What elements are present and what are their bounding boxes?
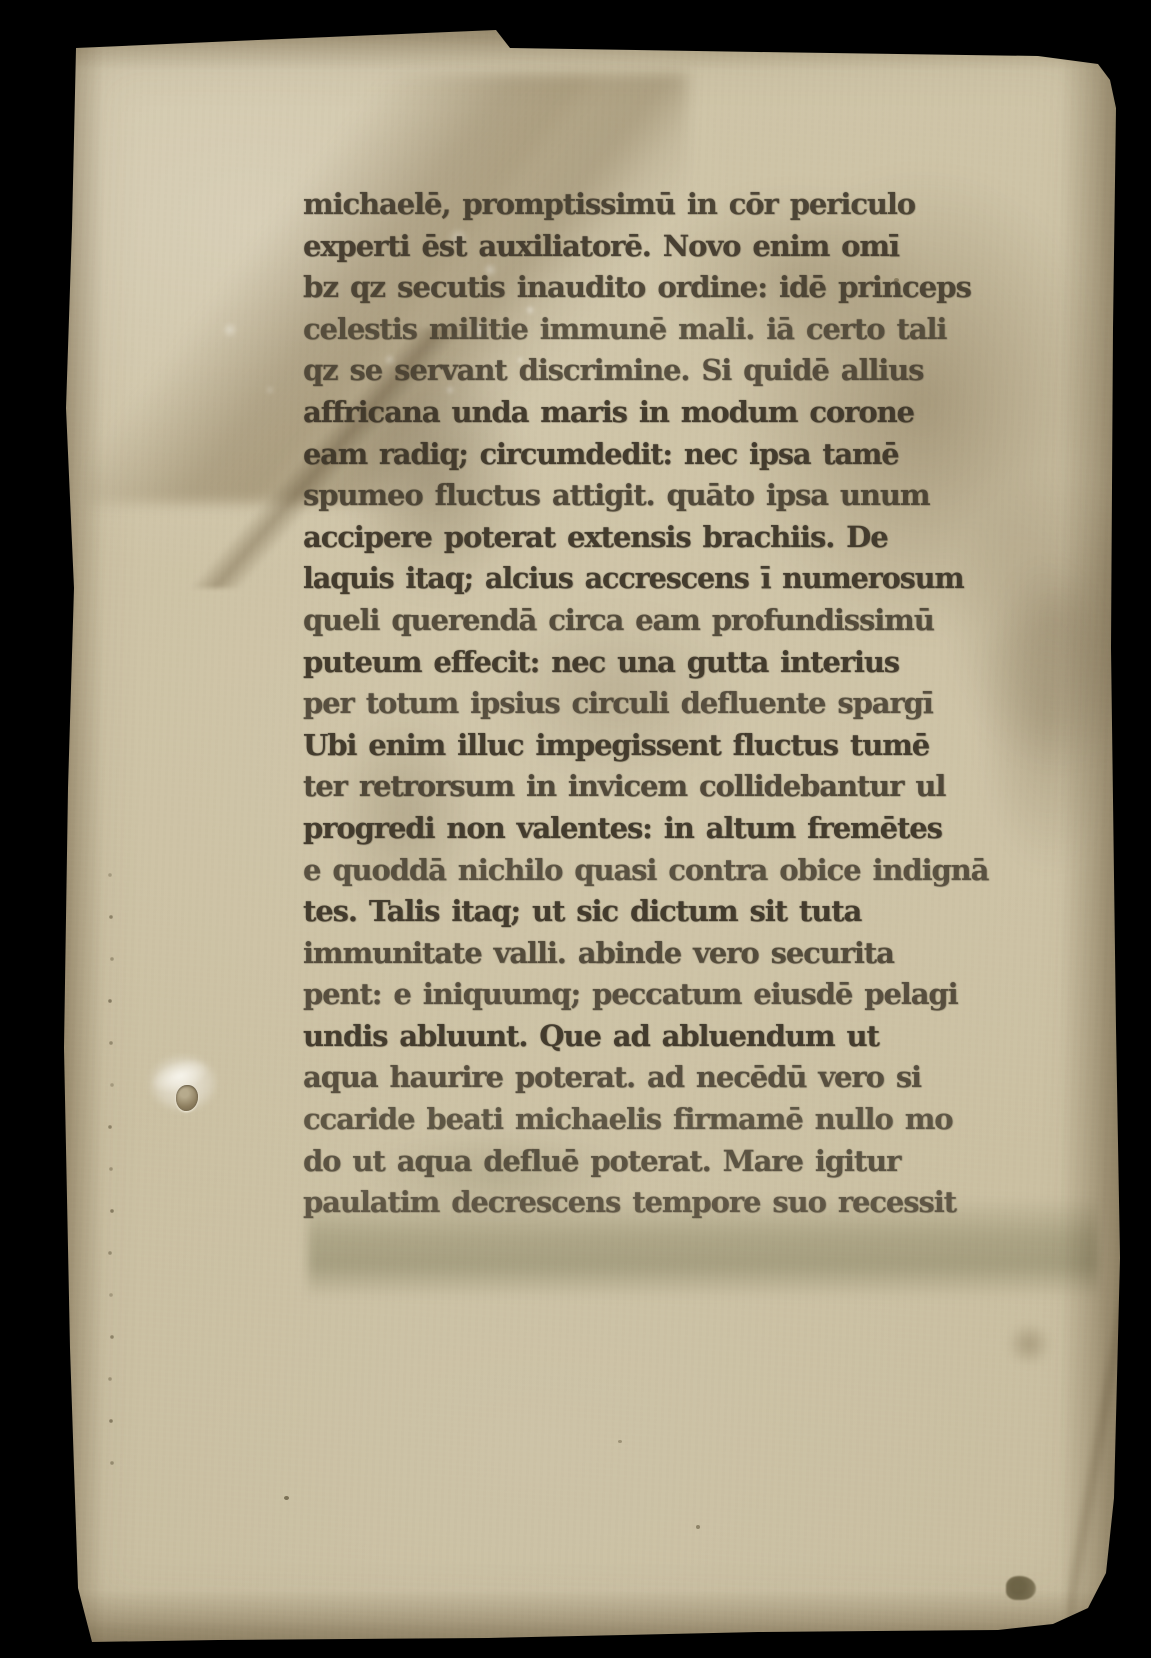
text-line: accipere poterat extensis brachiis. De [303,517,1033,559]
text-line: progredi non valentes: in altum fremētes [303,808,1033,850]
text-line: immunitate valli. abinde vero securita [303,933,1033,975]
text-line: puteum effecit: nec una gutta interius [303,642,1033,684]
text-line: do ut aqua defluē poterat. Mare igitur [303,1141,1033,1183]
pricking-marks [58,28,59,29]
text-line: experti ēst auxiliatorē. Novo enim omī [303,226,1033,268]
text-line: qz se servant discrimine. Si quidē alliu… [303,350,1033,392]
text-line: paulatim decrescens tempore suo recessit [303,1182,1033,1224]
text-line: e quoddā nichilo quasi contra obice indi… [303,850,1033,892]
text-line: laquis itaq; alcius accrescens ī numeros… [303,558,1022,600]
text-line: affricana unda maris in modum corone [303,392,1033,434]
text-line: bz qz secutis inaudito ordine: idē princ… [303,267,1040,309]
text-line: pent: e iniquumq; peccatum eiusdē pelagi [303,974,1033,1016]
text-line: aqua haurire poterat. ad necēdū vero si [303,1057,1033,1099]
text-line: tes. Talis itaq; ut sic dictum sit tuta [303,891,1033,933]
text-line: michaelē, promptissimū in cōr periculo [303,184,1033,226]
photograph-background: michaelē, promptissimū in cōr periculoex… [0,0,1151,1658]
manuscript-page: michaelē, promptissimū in cōr periculoex… [58,28,1120,1642]
text-line: queli querendā circa eam profundissimū [303,600,1033,642]
text-line: eam radiq; circumdedit: nec ipsa tamē [303,434,1026,476]
text-line: ccaride beati michaelis firmamē nullo mo [303,1099,1033,1141]
text-line: Ubi enim illuc impegissent fluctus tumē [303,725,1033,767]
text-line: per totum ipsius circuli defluente sparg… [303,683,1033,725]
text-line: celestis militie immunē mali. iā certo t… [303,309,1033,351]
text-block: michaelē, promptissimū in cōr periculoex… [303,184,1033,1259]
text-line: undis abluunt. Que ad abluendum ut [303,1016,1033,1058]
text-line: spumeo fluctus attigit. quāto ipsa unum [303,475,1033,517]
text-line: ter retrorsum in invicem collidebantur u… [303,766,1033,808]
